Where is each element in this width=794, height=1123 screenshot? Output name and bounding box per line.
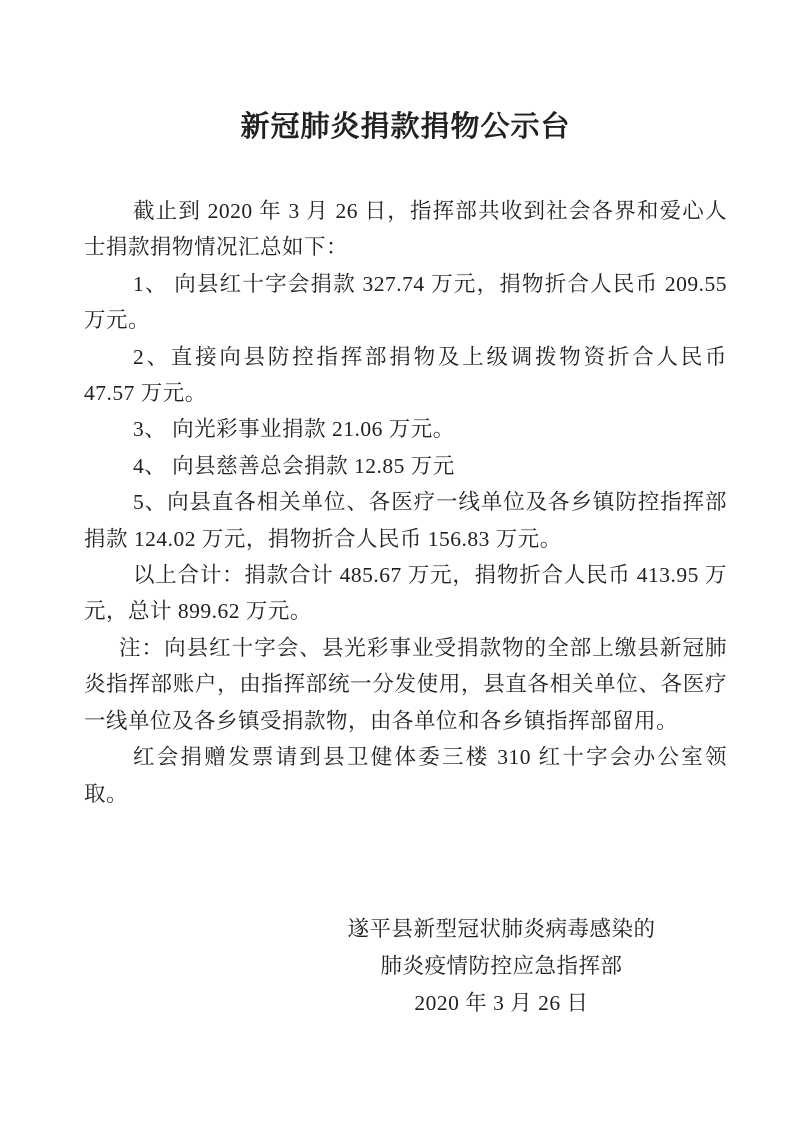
- donation-item-5: 5、向县直各相关单位、各医疗一线单位及各乡镇防控指挥部捐款 124.02 万元，…: [84, 484, 727, 557]
- document-page: 新冠肺炎捐款捐物公示台 截止到 2020 年 3 月 26 日，指挥部共收到社会…: [0, 0, 794, 1123]
- paragraph-note: 注：向县红十字会、县光彩事业受捐款物的全部上缴县新冠肺炎指挥部账户，由指挥部统一…: [84, 630, 727, 739]
- signature-block: 遂平县新型冠状肺炎病毒感染的 肺炎疫情防控应急指挥部 2020 年 3 月 26…: [180, 911, 794, 1022]
- paragraph-intro: 截止到 2020 年 3 月 26 日，指挥部共收到社会各界和爱心人士捐款捐物情…: [84, 193, 727, 266]
- signature-org-line-2: 肺炎疫情防控应急指挥部: [180, 948, 794, 985]
- donation-item-3: 3、 向光彩事业捐款 21.06 万元。: [84, 411, 727, 447]
- paragraph-invoice-notice: 红会捐赠发票请到县卫健体委三楼 310 红十字会办公室领取。: [84, 739, 727, 812]
- donation-item-1: 1、 向县红十字会捐款 327.74 万元，捐物折合人民币 209.55 万元。: [84, 266, 727, 339]
- donation-item-2: 2、直接向县防控指挥部捐物及上级调拨物资折合人民币 47.57 万元。: [84, 339, 727, 412]
- signature-org-line-1: 遂平县新型冠状肺炎病毒感染的: [180, 911, 794, 948]
- document-body: 截止到 2020 年 3 月 26 日，指挥部共收到社会各界和爱心人士捐款捐物情…: [84, 193, 727, 812]
- signature-date: 2020 年 3 月 26 日: [180, 985, 794, 1022]
- donation-item-4: 4、 向县慈善总会捐款 12.85 万元: [84, 448, 727, 484]
- paragraph-total: 以上合计：捐款合计 485.67 万元，捐物折合人民币 413.95 万元，总计…: [84, 557, 727, 630]
- document-title: 新冠肺炎捐款捐物公示台: [84, 108, 727, 146]
